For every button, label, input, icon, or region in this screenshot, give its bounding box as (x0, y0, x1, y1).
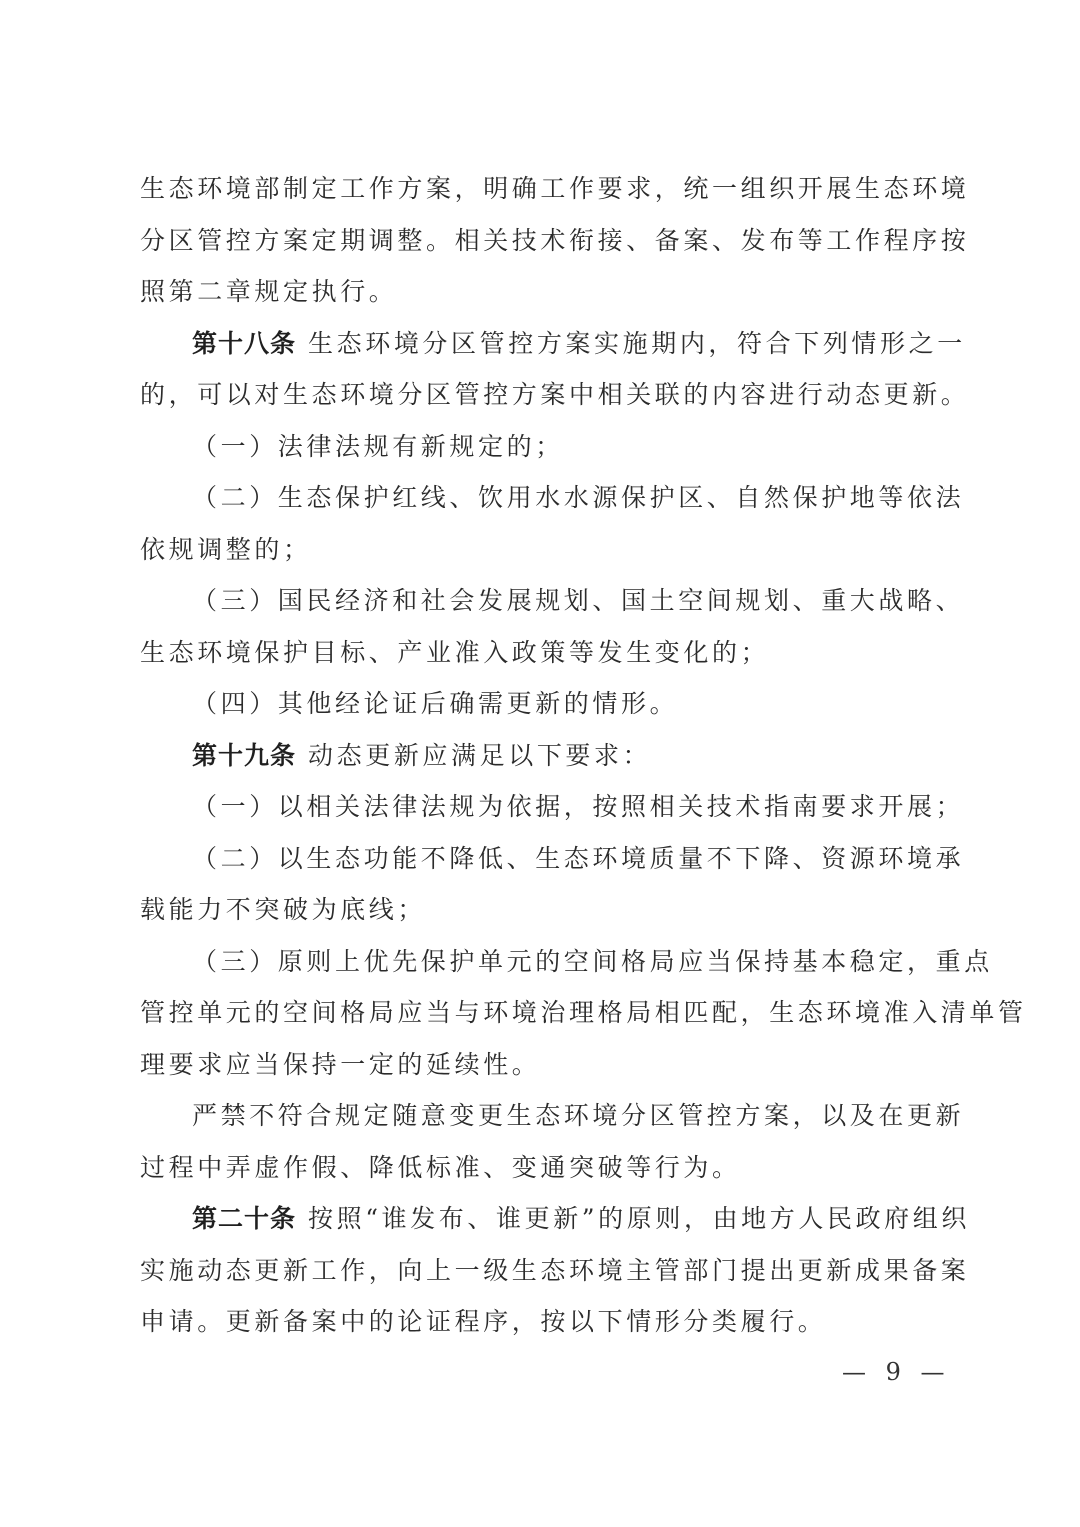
list-item: （三）原则上优先保护单元的空间格局应当保持基本稳定，重点 (140, 936, 940, 988)
list-item-continued: 理要求应当保持一定的延续性。 (140, 1039, 940, 1091)
article-20-heading: 第二十条 (192, 1204, 296, 1233)
article-19-first-line: 第十九条动态更新应满足以下要求： (140, 730, 940, 782)
text-line: 实施动态更新工作，向上一级生态环境主管部门提出更新成果备案 (140, 1245, 940, 1297)
list-item-continued: 依规调整的； (140, 524, 940, 576)
list-item: （二）生态保护红线、饮用水水源保护区、自然保护地等依法 (140, 472, 940, 524)
text-line: 生态环境部制定工作方案，明确工作要求，统一组织开展生态环境 (140, 163, 940, 215)
text-line: 分区管控方案定期调整。相关技术衔接、备案、发布等工作程序按 (140, 215, 940, 267)
list-item: （三）国民经济和社会发展规划、国土空间规划、重大战略、 (140, 575, 940, 627)
article-18-first-line: 第十八条生态环境分区管控方案实施期内，符合下列情形之一 (140, 318, 940, 370)
list-item: （一）法律法规有新规定的； (140, 421, 940, 473)
article-20-first-line: 第二十条按照“谁发布、谁更新”的原则，由地方人民政府组织 (140, 1193, 940, 1245)
list-item-continued: 载能力不突破为底线； (140, 884, 940, 936)
article-19-heading: 第十九条 (192, 741, 296, 770)
list-item: （二）以生态功能不降低、生态环境质量不下降、资源环境承 (140, 833, 940, 885)
article-18-heading: 第十八条 (192, 329, 296, 358)
list-item: （四）其他经论证后确需更新的情形。 (140, 678, 940, 730)
list-item: （一）以相关法律法规为依据，按照相关技术指南要求开展； (140, 781, 940, 833)
text-line: 申请。更新备案中的论证程序，按以下情形分类履行。 (140, 1296, 940, 1348)
list-item-continued: 管控单元的空间格局应当与环境治理格局相匹配，生态环境准入清单管 (140, 987, 940, 1039)
text-line: 照第二章规定执行。 (140, 266, 940, 318)
text-line: 的，可以对生态环境分区管控方案中相关联的内容进行动态更新。 (140, 369, 940, 421)
page-number: — 9 — (842, 1358, 951, 1386)
article-18-text: 生态环境分区管控方案实施期内，符合下列情形之一 (308, 329, 966, 358)
list-item-continued: 生态环境保护目标、产业准入政策等发生变化的； (140, 627, 940, 679)
article-19-text: 动态更新应满足以下要求： (308, 741, 651, 770)
prohibition-text: 严禁不符合规定随意变更生态环境分区管控方案，以及在更新 (140, 1090, 940, 1142)
article-20-text: 按照“谁发布、谁更新”的原则，由地方人民政府组织 (308, 1204, 970, 1233)
document-page: 生态环境部制定工作方案，明确工作要求，统一组织开展生态环境 分区管控方案定期调整… (140, 163, 940, 1348)
prohibition-text: 过程中弄虚作假、降低标准、变通突破等行为。 (140, 1142, 940, 1194)
